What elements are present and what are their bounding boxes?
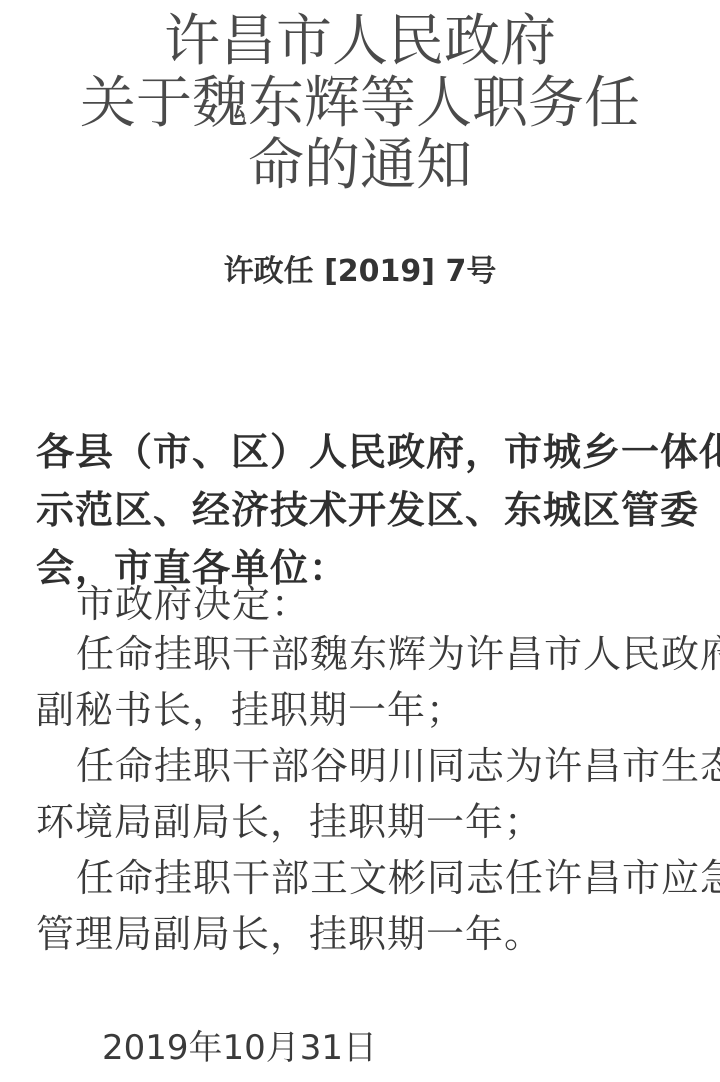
body-line-6: 任命挂职干部王文彬同志任许昌市应急 <box>76 854 720 902</box>
body-line-4: 任命挂职干部谷明川同志为许昌市生态 <box>76 742 720 790</box>
document-number: 许政任 [2019] 7号 <box>0 246 720 290</box>
body-line-3: 副秘书长，挂职期一年； <box>36 686 465 734</box>
document-date: 2019年10月31日 <box>102 1020 377 1069</box>
body-line-2: 任命挂职干部魏东辉为许昌市人民政府 <box>76 630 720 678</box>
addressee-line-1: 各县（市、区）人民政府，市城乡一体化 <box>36 428 720 476</box>
body-line-5: 环境局副局长，挂职期一年； <box>36 798 543 846</box>
title-line-2: 关于魏东辉等人职务任 <box>0 72 720 136</box>
title-line-3: 命的通知 <box>0 134 720 198</box>
body-line-7: 管理局副局长，挂职期一年。 <box>36 910 543 958</box>
title-line-1: 许昌市人民政府 <box>0 10 720 74</box>
addressee-line-2: 示范区、经济技术开发区、东城区管委 <box>36 486 699 534</box>
body-line-1: 市政府决定： <box>76 580 310 628</box>
